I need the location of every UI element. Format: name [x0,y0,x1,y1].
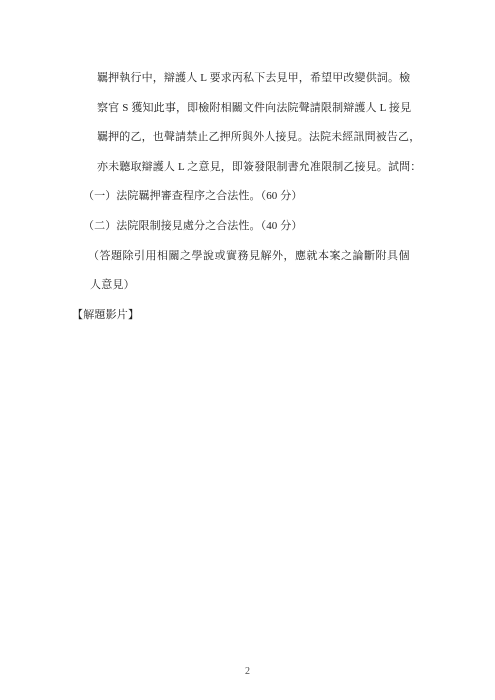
solution-video-label: 【解題影片】 [72,307,139,323]
paragraph-line-2: 察官 S 獲知此事，即檢附相關文件向法院聲請限制辯護人 L 接見 [97,100,411,116]
document-page: 羈押執行中，辯護人 L 要求丙私下去見甲，希望甲改變供詞。檢 察官 S 獲知此事… [0,0,495,700]
paragraph-line-4: 亦未聽取辯護人 L 之意見，即簽發限制書允准限制乙接見。試問： [97,159,421,175]
paragraph-line-3: 羈押的乙，也聲請禁止乙押所與外人接見。法院未經訊問被告乙， [97,129,420,145]
note-line-2: 人意見） [90,277,135,293]
paragraph-line-1: 羈押執行中，辯護人 L 要求丙私下去見甲，希望甲改變供詞。檢 [97,70,410,86]
question-item-1: （一）法院羈押審查程序之合法性。（60 分） [83,188,302,204]
question-item-2: （二）法院限制接見處分之合法性。（40 分） [83,218,302,234]
page-number: 2 [0,665,495,678]
note-line-1: （答題除引用相關之學說或實務見解外，應就本案之論斷附具個 [88,248,410,264]
